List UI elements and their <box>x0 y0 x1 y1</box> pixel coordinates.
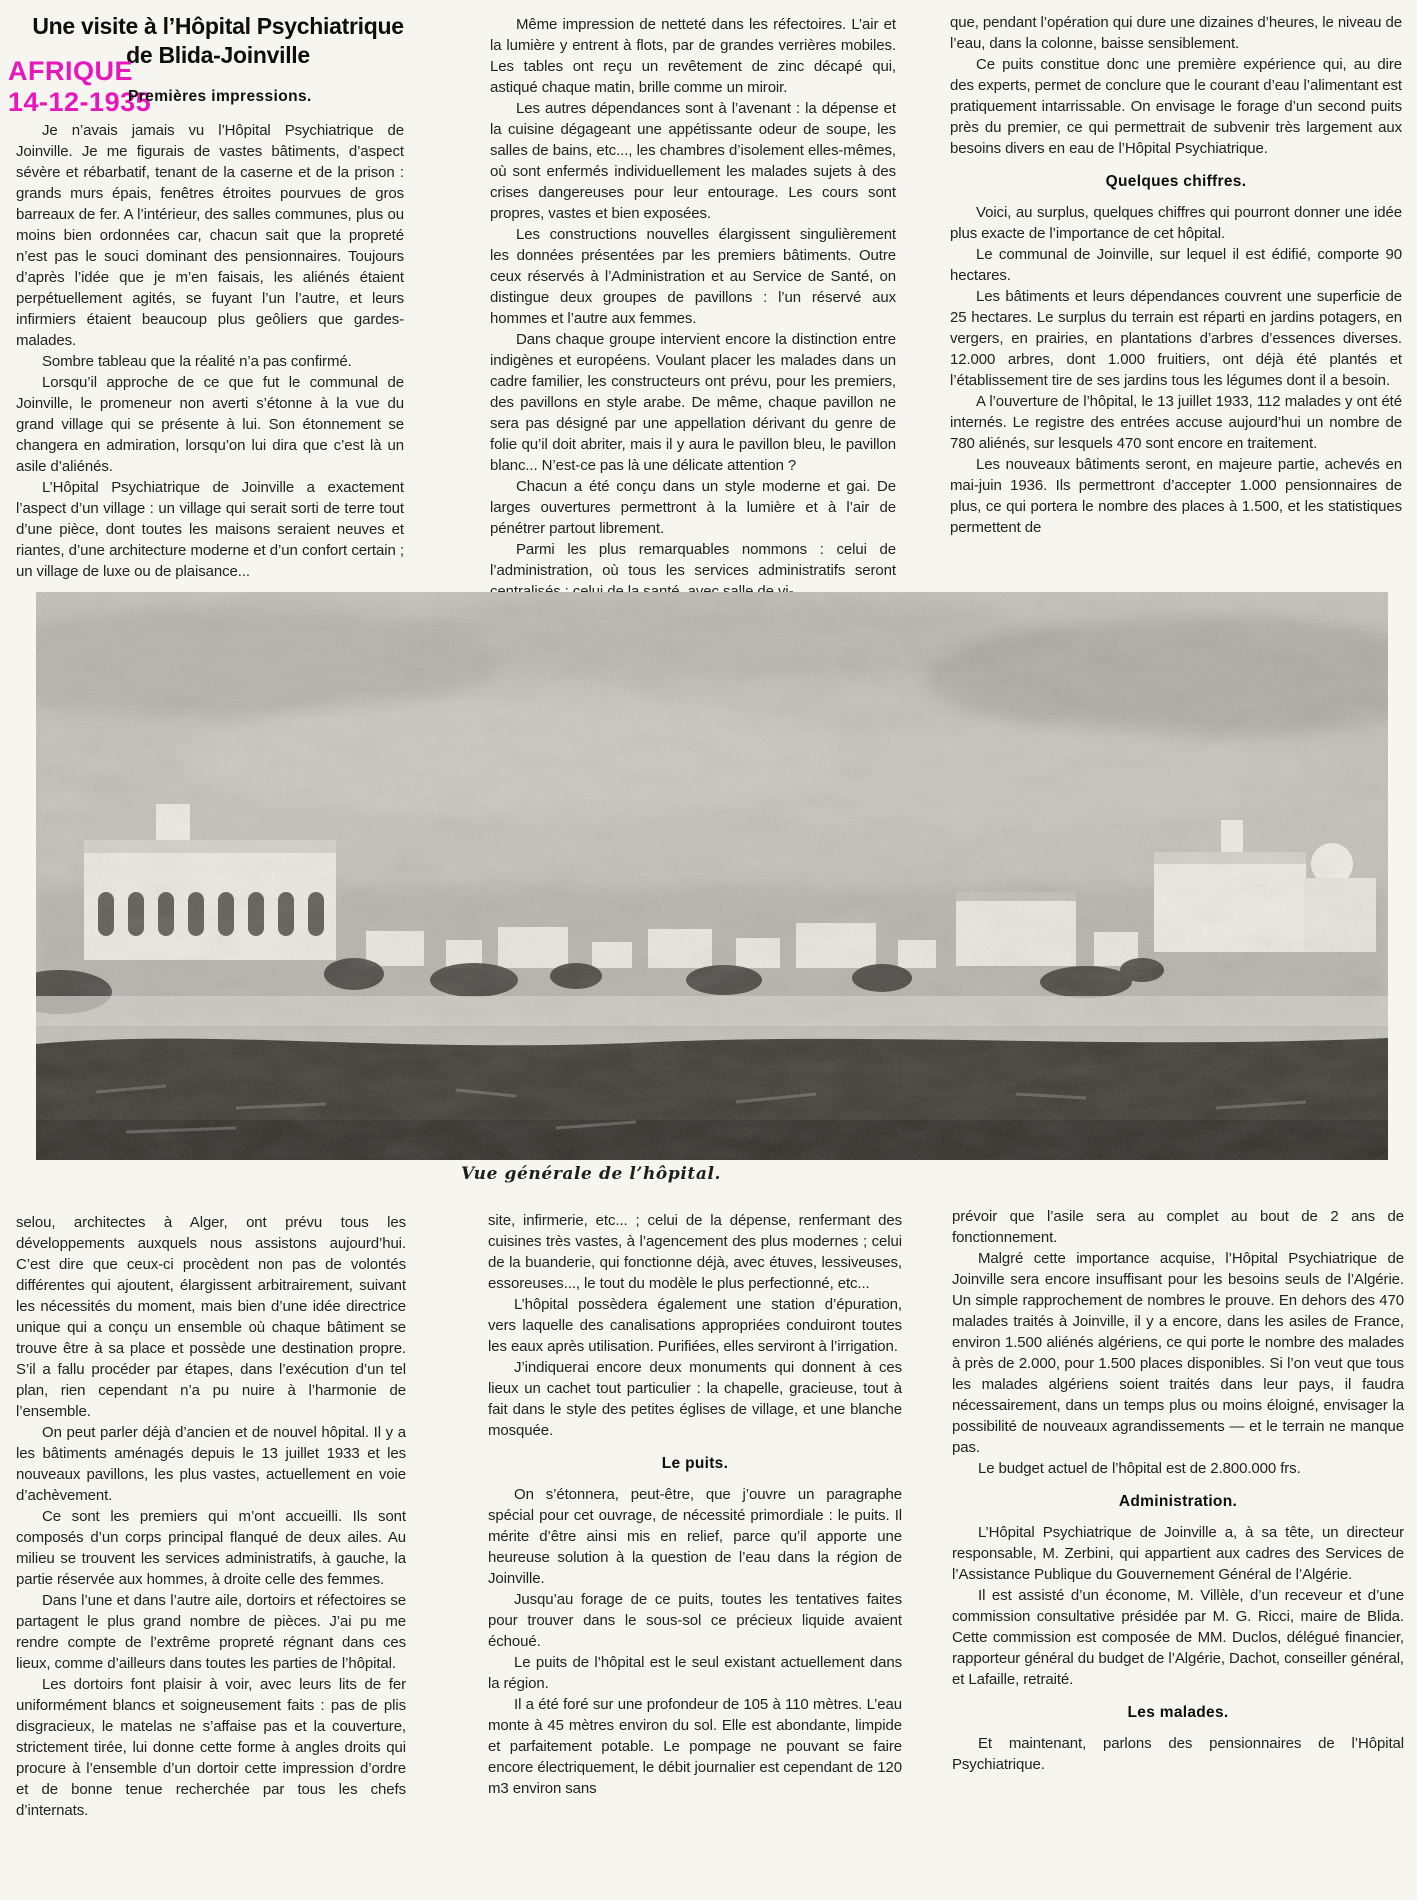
article-paragraph: Le budget actuel de l’hôpital est de 2.8… <box>952 1458 1404 1479</box>
article-paragraph: Il a été foré sur une profondeur de 105 … <box>488 1694 902 1799</box>
article-paragraph: Je n’avais jamais vu l’Hôpital Psychiatr… <box>16 120 404 351</box>
article-paragraph: Les bâtiments et leurs dépendances couvr… <box>950 286 1402 391</box>
article-paragraph: selou, architectes à Alger, ont prévu to… <box>16 1212 406 1422</box>
bottom-column-1: selou, architectes à Alger, ont prévu to… <box>16 1212 406 1898</box>
heading-le-puits: Le puits. <box>488 1453 902 1474</box>
heading-premieres-impressions: Premières impressions. <box>128 88 312 106</box>
article-paragraph: Chacun a été conçu dans un style moderne… <box>490 476 896 539</box>
article-paragraph: Il est assisté d’un économe, M. Villèle,… <box>952 1585 1404 1690</box>
article-paragraph: On s’étonnera, peut-être, que j’ouvre un… <box>488 1484 902 1589</box>
article-paragraph: site, infirmerie, etc... ; celui de la d… <box>488 1210 902 1294</box>
article-paragraph: Les nouveaux bâtiments seront, en majeur… <box>950 454 1402 538</box>
article-paragraph: Ce puits constitue donc une première exp… <box>950 54 1402 159</box>
article-paragraph: prévoir que l’asile sera au complet au b… <box>952 1206 1404 1248</box>
article-paragraph: L’hôpital possèdera également une statio… <box>488 1294 902 1357</box>
article-paragraph: Parmi les plus remarquables nommons : ce… <box>490 539 896 592</box>
article-paragraph: Le puits de l’hôpital est le seul exista… <box>488 1652 902 1694</box>
photo-caption: Vue générale de l’hôpital. <box>36 1164 1146 1184</box>
stamp-source-name: AFRIQUE <box>8 56 151 87</box>
top-column-3: que, pendant l’opération qui dure une di… <box>950 12 1402 592</box>
article-paragraph: Voici, au surplus, quelques chiffres qui… <box>950 202 1402 244</box>
article-paragraph: Le communal de Joinville, sur lequel il … <box>950 244 1402 286</box>
article-paragraph: On peut parler déjà d’ancien et de nouve… <box>16 1422 406 1506</box>
article-paragraph: L’Hôpital Psychiatrique de Joinville a, … <box>952 1522 1404 1585</box>
article-paragraph: Ce sont les premiers qui m’ont accueilli… <box>16 1506 406 1590</box>
article-paragraph: Dans chaque groupe intervient encore la … <box>490 329 896 476</box>
article-paragraph: Dans l’une et dans l’autre aile, dortoir… <box>16 1590 406 1674</box>
photo-vue-generale <box>36 592 1388 1160</box>
top-column-1: Je n’avais jamais vu l’Hôpital Psychiatr… <box>16 120 404 592</box>
article-title-line1: Une visite à l’Hôpital Psychiatrique <box>10 12 426 41</box>
article-paragraph: Et maintenant, parlons des pensionnaires… <box>952 1733 1404 1775</box>
top-column-2: Même impression de netteté dans les réfe… <box>490 14 896 592</box>
article-paragraph: Les dortoirs font plaisir à voir, avec l… <box>16 1674 406 1821</box>
bottom-column-3: prévoir que l’asile sera au complet au b… <box>952 1206 1404 1900</box>
heading-les-malades: Les malades. <box>952 1702 1404 1723</box>
newspaper-page: Une visite à l’Hôpital Psychiatrique de … <box>0 0 1417 1900</box>
hospital-panorama-illustration <box>36 592 1388 1160</box>
article-paragraph: Malgré cette importance acquise, l’Hôpit… <box>952 1248 1404 1458</box>
article-paragraph: A l’ouverture de l’hôpital, le 13 juille… <box>950 391 1402 454</box>
article-paragraph: que, pendant l’opération qui dure une di… <box>950 12 1402 54</box>
article-paragraph: J’indiquerai encore deux monuments qui d… <box>488 1357 902 1441</box>
article-paragraph: L’Hôpital Psychiatrique de Joinville a e… <box>16 477 404 582</box>
article-paragraph: Jusqu’au forage de ce puits, toutes les … <box>488 1589 902 1652</box>
article-header: Une visite à l’Hôpital Psychiatrique de … <box>0 10 436 120</box>
archive-stamp: AFRIQUE 14-12-1935 <box>8 56 151 118</box>
article-paragraph: Même impression de netteté dans les réfe… <box>490 14 896 98</box>
bottom-column-2: site, infirmerie, etc... ; celui de la d… <box>488 1210 902 1900</box>
article-paragraph: Les constructions nouvelles élargissent … <box>490 224 896 329</box>
article-paragraph: Sombre tableau que la réalité n’a pas co… <box>16 351 404 372</box>
heading-quelques-chiffres: Quelques chiffres. <box>950 171 1402 192</box>
article-paragraph: Les autres dépendances sont à l’avenant … <box>490 98 896 224</box>
heading-administration: Administration. <box>952 1491 1404 1512</box>
article-paragraph: Lorsqu’il approche de ce que fut le comm… <box>16 372 404 477</box>
